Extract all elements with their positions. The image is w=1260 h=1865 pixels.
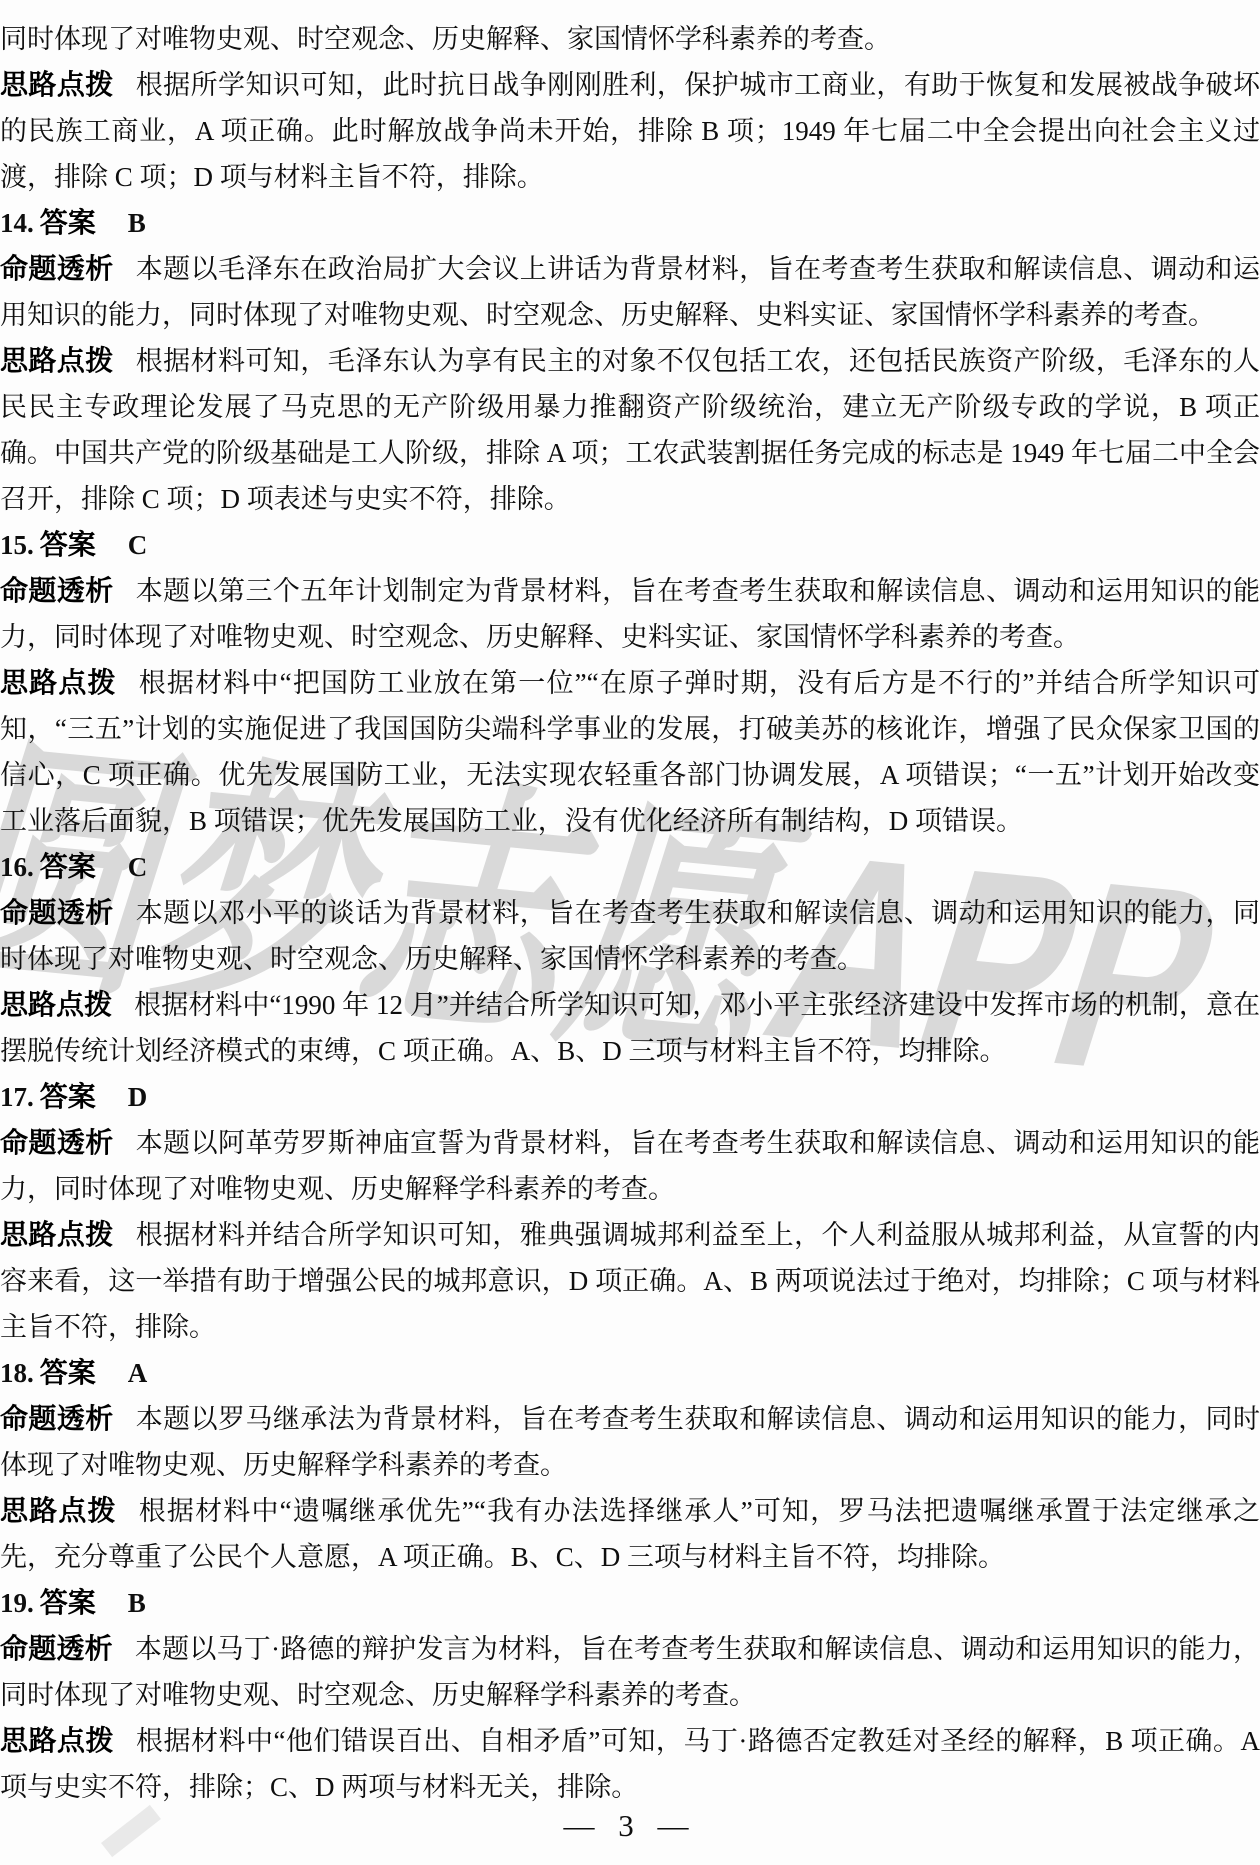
answer-label: 答案 (40, 1587, 96, 1618)
answer-label: 答案 (40, 1357, 96, 1388)
document-page: 圆梦志愿APP 同时体现了对唯物史观、时空观念、历史解释、家国情怀学科素养的考查… (0, 0, 1260, 1865)
hint-label: 思路点拨 (0, 345, 114, 376)
analysis-paragraph-19: 命题透析本题以马丁·路德的辩护发言为材料，旨在考查考生获取和解读信息、调动和运用… (0, 1626, 1260, 1718)
answer-letter: C (128, 852, 148, 882)
item-number: 14. (0, 208, 34, 238)
hint-label: 思路点拨 (0, 989, 112, 1020)
analysis-text: 本题以阿革劳罗斯神庙宣誓为背景材料，旨在考查考生获取和解读信息、调动和运用知识的… (0, 1128, 1260, 1204)
continued-hint-paragraph: 思路点拨根据所学知识可知，此时抗日战争刚刚胜利，保护城市工商业，有助于恢复和发展… (0, 62, 1260, 200)
analysis-paragraph-18: 命题透析本题以罗马继承法为背景材料，旨在考查考生获取和解读信息、调动和运用知识的… (0, 1396, 1260, 1488)
hint-label: 思路点拨 (0, 1219, 114, 1250)
analysis-label: 命题透析 (0, 1633, 113, 1664)
hint-text: 根据材料中“他们错误百出、自相矛盾”可知，马丁·路德否定教廷对圣经的解释，B 项… (0, 1726, 1260, 1802)
hint-label: 思路点拨 (0, 69, 114, 100)
item-number: 16. (0, 852, 34, 882)
analysis-text: 本题以第三个五年计划制定为背景材料，旨在考查考生获取和解读信息、调动和运用知识的… (0, 576, 1260, 652)
hint-paragraph-14: 思路点拨根据材料可知，毛泽东认为享有民主的对象不仅包括工农，还包括民族资产阶级，… (0, 338, 1260, 522)
answer-letter: C (128, 530, 148, 560)
hint-paragraph-15: 思路点拨根据材料中“把国防工业放在第一位”“在原子弹时期，没有后方是不行的”并结… (0, 660, 1260, 844)
item-number: 17. (0, 1082, 34, 1112)
analysis-label: 命题透析 (0, 1127, 114, 1158)
analysis-label: 命题透析 (0, 1403, 114, 1434)
answer-key-content: 同时体现了对唯物史观、时空观念、历史解释、家国情怀学科素养的考查。 思路点拨根据… (0, 16, 1260, 1810)
answer-letter: B (128, 208, 146, 238)
item-number: 19. (0, 1588, 34, 1618)
analysis-label: 命题透析 (0, 897, 114, 928)
answer-letter: D (128, 1082, 148, 1112)
continued-analysis-text: 同时体现了对唯物史观、时空观念、历史解释、家国情怀学科素养的考查。 (0, 24, 891, 54)
analysis-text: 本题以邓小平的谈话为背景材料，旨在考查考生获取和解读信息、调动和运用知识的能力，… (0, 898, 1260, 974)
answer-letter: B (128, 1588, 146, 1618)
analysis-paragraph-17: 命题透析本题以阿革劳罗斯神庙宣誓为背景材料，旨在考查考生获取和解读信息、调动和运… (0, 1120, 1260, 1212)
hint-text: 根据材料中“1990 年 12 月”并结合所学知识可知，邓小平主张经济建设中发挥… (0, 990, 1260, 1066)
analysis-text: 本题以罗马继承法为背景材料，旨在考查考生获取和解读信息、调动和运用知识的能力，同… (0, 1404, 1260, 1480)
analysis-paragraph-16: 命题透析本题以邓小平的谈话为背景材料，旨在考查考生获取和解读信息、调动和运用知识… (0, 890, 1260, 982)
hint-paragraph-17: 思路点拨根据材料并结合所学知识可知，雅典强调城邦利益至上，个人利益服从城邦利益，… (0, 1212, 1260, 1350)
answer-line-15: 15.答案C (0, 522, 1260, 568)
answer-line-19: 19.答案B (0, 1580, 1260, 1626)
analysis-paragraph-14: 命题透析本题以毛泽东在政治局扩大会议上讲话为背景材料，旨在考查考生获取和解读信息… (0, 246, 1260, 338)
analysis-paragraph-15: 命题透析本题以第三个五年计划制定为背景材料，旨在考查考生获取和解读信息、调动和运… (0, 568, 1260, 660)
hint-paragraph-16: 思路点拨根据材料中“1990 年 12 月”并结合所学知识可知，邓小平主张经济建… (0, 982, 1260, 1074)
hint-text: 根据材料可知，毛泽东认为享有民主的对象不仅包括工农，还包括民族资产阶级，毛泽东的… (0, 346, 1260, 514)
continued-analysis-tail: 同时体现了对唯物史观、时空观念、历史解释、家国情怀学科素养的考查。 (0, 16, 1260, 62)
hint-paragraph-19: 思路点拨根据材料中“他们错误百出、自相矛盾”可知，马丁·路德否定教廷对圣经的解释… (0, 1718, 1260, 1810)
hint-label: 思路点拨 (0, 1495, 117, 1526)
answer-label: 答案 (40, 207, 96, 238)
hint-text: 根据材料中“把国防工业放在第一位”“在原子弹时期，没有后方是不行的”并结合所学知… (0, 668, 1260, 836)
analysis-label: 命题透析 (0, 575, 114, 606)
analysis-label: 命题透析 (0, 253, 114, 284)
answer-label: 答案 (40, 529, 96, 560)
hint-text: 根据材料并结合所学知识可知，雅典强调城邦利益至上，个人利益服从城邦利益，从宣誓的… (0, 1220, 1260, 1342)
answer-letter: A (128, 1358, 148, 1388)
answer-line-14: 14.答案B (0, 200, 1260, 246)
analysis-text: 本题以马丁·路德的辩护发言为材料，旨在考查考生获取和解读信息、调动和运用知识的能… (0, 1634, 1260, 1710)
hint-paragraph-18: 思路点拨根据材料中“遗嘱继承优先”“我有办法选择继承人”可知，罗马法把遗嘱继承置… (0, 1488, 1260, 1580)
answer-line-18: 18.答案A (0, 1350, 1260, 1396)
page-footer: — 3 — (0, 1808, 1260, 1844)
item-number: 18. (0, 1358, 34, 1388)
item-number: 15. (0, 530, 34, 560)
answer-line-16: 16.答案C (0, 844, 1260, 890)
answer-label: 答案 (40, 851, 96, 882)
analysis-text: 本题以毛泽东在政治局扩大会议上讲话为背景材料，旨在考查考生获取和解读信息、调动和… (0, 254, 1260, 330)
hint-text: 根据材料中“遗嘱继承优先”“我有办法选择继承人”可知，罗马法把遗嘱继承置于法定继… (0, 1496, 1260, 1572)
continued-hint-text: 根据所学知识可知，此时抗日战争刚刚胜利，保护城市工商业，有助于恢复和发展被战争破… (0, 70, 1260, 192)
hint-label: 思路点拨 (0, 667, 117, 698)
answer-label: 答案 (40, 1081, 96, 1112)
answer-line-17: 17.答案D (0, 1074, 1260, 1120)
hint-label: 思路点拨 (0, 1725, 114, 1756)
